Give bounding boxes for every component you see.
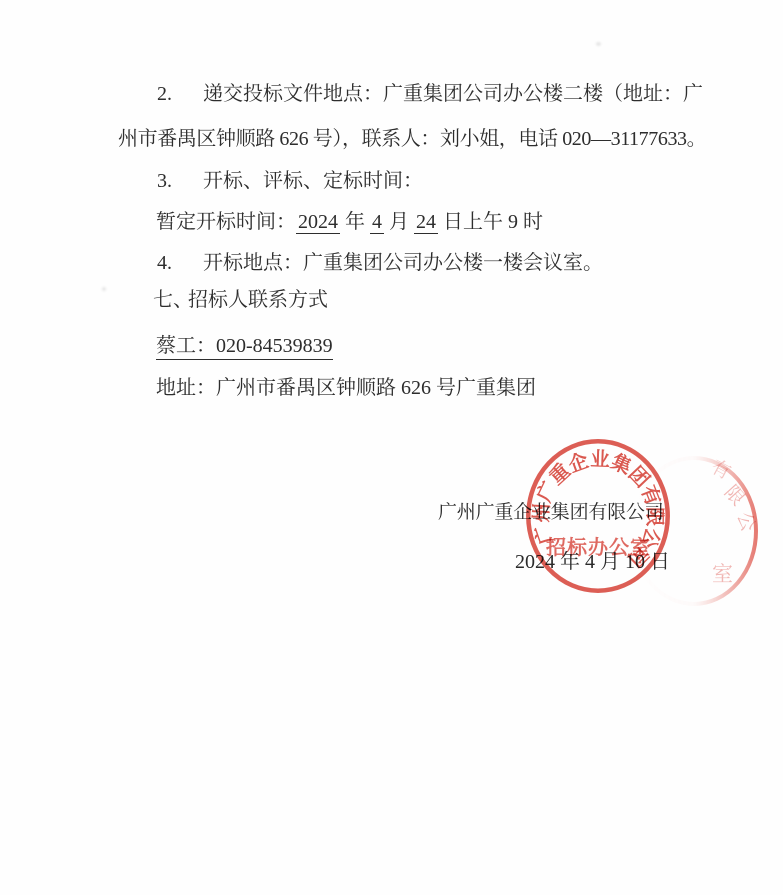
signature-company-name: 广州广重企业集团有限公司 bbox=[438, 497, 664, 524]
seal-inner-text: 招标办公室 bbox=[546, 531, 651, 560]
item4-line: 4.开标地点：广重集团公司办公楼一楼会议室。 bbox=[157, 250, 603, 276]
item2-line1: 2.递交投标文件地点：广重集团公司办公楼二楼（地址：广 bbox=[157, 81, 703, 107]
tentative-year-unit: 年 bbox=[340, 211, 370, 233]
tentative-month-unit: 月 bbox=[384, 211, 414, 233]
item4-text: 开标地点：广重集团公司办公楼一楼会议室。 bbox=[203, 252, 603, 274]
address-line: 地址：广州市番禺区钟顺路 626 号广重集团 bbox=[156, 375, 536, 401]
tentative-time-line: 暂定开标时间：2024 年 4 月 24 日上午 9 时 bbox=[156, 209, 543, 235]
tentative-suffix: 日上午 9 时 bbox=[438, 211, 543, 233]
scanned-document-page: 2.递交投标文件地点：广重集团公司办公楼二楼（地址：广 州市番禺区钟顺路 626… bbox=[0, 0, 783, 895]
item7-line: 七、招标人联系方式 bbox=[153, 287, 328, 313]
tentative-year-underlined: 2024 bbox=[296, 211, 340, 234]
contact-line: 蔡工：020-84539839 bbox=[156, 333, 333, 359]
scan-artifact bbox=[596, 42, 601, 46]
item2-text-line2: 州市番禺区钟顺路 626 号），联系人：刘小姐，电话 020—31177633。 bbox=[118, 128, 706, 150]
item3-number: 3. bbox=[157, 168, 203, 194]
ghost-seal-char-4: 室 bbox=[712, 558, 733, 588]
contact-text-underlined: 蔡工：020-84539839 bbox=[156, 335, 333, 360]
item2-line2: 州市番禺区钟顺路 626 号），联系人：刘小姐，电话 020—31177633。 bbox=[118, 126, 706, 152]
item7-number: 七、 bbox=[153, 287, 188, 313]
tentative-month-underlined: 4 bbox=[370, 211, 384, 234]
item4-number: 4. bbox=[157, 250, 203, 276]
item3-text: 开标、评标、定标时间： bbox=[203, 170, 423, 192]
item2-text-line1: 递交投标文件地点：广重集团公司办公楼二楼（地址：广 bbox=[203, 83, 703, 105]
tentative-prefix: 暂定开标时间： bbox=[156, 211, 296, 233]
tentative-day-underlined: 24 bbox=[414, 211, 438, 234]
ghost-seal-char-3: 公 bbox=[732, 508, 764, 534]
address-text: 地址：广州市番禺区钟顺路 626 号广重集团 bbox=[156, 377, 536, 399]
item2-number: 2. bbox=[157, 81, 203, 107]
item7-text: 招标人联系方式 bbox=[188, 289, 328, 311]
scan-artifact bbox=[102, 287, 106, 291]
ghost-seal-char-1: 有 bbox=[707, 452, 736, 485]
item3-line: 3.开标、评标、定标时间： bbox=[157, 168, 423, 194]
